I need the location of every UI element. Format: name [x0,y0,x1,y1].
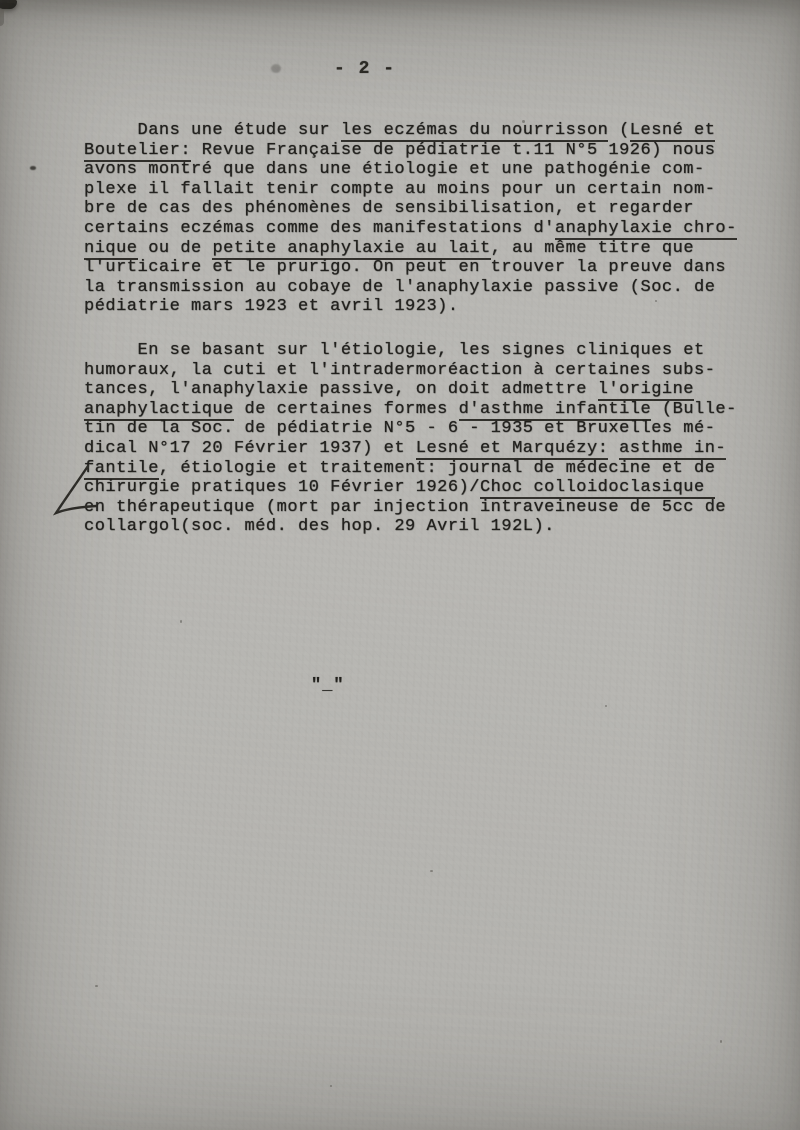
text-segment: la transmission au cobaye de l'anaphylax… [84,278,715,297]
text-segment: collargol(soc. méd. des hop. 29 Avril 19… [84,517,555,536]
text-line: l'urticaire et le prurigo. On peut en tr… [84,258,760,278]
underlined-text: Choc colloidoclasique [480,478,715,499]
text-segment: plexe il fallait tenir compte au moins p… [84,180,715,199]
text-line: en thérapeutique (mort par injection int… [84,498,760,518]
typed-quote-dash-mark: "_" [311,676,345,695]
dust-speck [95,985,98,987]
underlined-text: l'origine [598,380,694,401]
margin-ink-speck [30,166,36,170]
text-segment: en thérapeutique (mort par injection int… [84,498,726,517]
dust-speck [655,300,657,302]
dust-speck [720,1040,722,1043]
text-segment: ou de [138,239,213,258]
underlined-text: les eczémas du nourrisson [341,121,609,142]
handwritten-L-stroke [44,458,114,528]
underlined-text: petite anaphylaxie au lait [212,239,490,260]
text-line: la transmission au cobaye de l'anaphylax… [84,278,760,298]
dust-speck [330,1085,332,1087]
paragraph: En se basant sur l'étiologie, les signes… [84,341,760,537]
text-line: certains eczémas comme des manifestation… [84,219,760,239]
dust-speck [180,620,182,623]
scanned-page: - 2 - Dans une étude sur les eczémas du … [0,0,800,1130]
text-segment: Revue Française de pédiatrie t.11 N°5 19… [191,141,715,160]
text-line: anaphylactique de certaines formes d'ast… [84,400,760,420]
paragraph: Dans une étude sur les eczémas du nourri… [84,121,760,317]
text-line: pédiatrie mars 1923 et avril 1923). [84,297,760,317]
text-line: En se basant sur l'étiologie, les signes… [84,341,760,361]
dust-speck [522,120,525,123]
page-number: - 2 - [334,59,396,79]
text-line: chirurgie pratiques 10 Février 1926)/Cho… [84,478,760,498]
dust-speck [605,705,607,707]
text-line: avons montré que dans une étiologie et u… [84,160,760,180]
handwritten-L-mark [44,458,114,528]
text-segment: En se basant sur l'étiologie, les signes… [84,341,705,360]
text-line: tin de la Soc. de pédiatrie N°5 - 6 - 19… [84,419,760,439]
text-line: humoraux, la cuti et l'intradermoréactio… [84,361,760,381]
text-segment: chirurgie pratiques 10 Février 1926)/ [84,478,480,497]
typewritten-text-block: Dans une étude sur les eczémas du nourri… [84,121,760,537]
text-segment: dical N°17 20 Février 1937) et [84,439,416,458]
text-line: bre de cas des phénomènes de sensibilisa… [84,199,760,219]
dust-speck [430,870,433,872]
text-segment: pédiatrie mars 1923 et avril 1923). [84,297,459,316]
scan-edge-smudge [0,8,4,26]
text-line: Boutelier: Revue Française de pédiatrie … [84,141,760,161]
underlined-text: Lesné et Marquézy: [416,439,609,460]
text-line: collargol(soc. méd. des hop. 29 Avril 19… [84,517,760,537]
text-line: nique ou de petite anaphylaxie au lait, … [84,239,760,259]
underlined-text: d'asthme infantile [459,400,652,421]
text-segment: (Bulle- [651,400,737,419]
text-segment: certains eczémas comme des manifestation… [84,219,555,238]
text-segment: , au même titre que [491,239,694,258]
text-segment: humoraux, la cuti et l'intradermoréactio… [84,361,715,380]
paper-stain-dot [271,64,281,73]
underlined-text: Boutelier: [84,141,191,162]
text-line: Dans une étude sur les eczémas du nourri… [84,121,760,141]
text-segment: tin de la Soc. de pédiatrie N°5 - 6 - 19… [84,419,715,438]
text-segment: ( [608,121,629,140]
text-segment: , étiologie et traitement: journal de mé… [159,459,716,478]
text-segment: de certaines formes [234,400,459,419]
underlined-text: Lesné et [630,121,716,142]
text-line: plexe il fallait tenir compte au moins p… [84,180,760,200]
text-line: tances, l'anaphylaxie passive, on doit a… [84,380,760,400]
text-line: dical N°17 20 Février 1937) et Lesné et … [84,439,760,459]
text-line: fantile, étiologie et traitement: journa… [84,459,760,479]
underlined-text: anaphylactique [84,400,234,421]
text-segment: l'urticaire et le prurigo. On peut en tr… [84,258,726,277]
text-segment [608,439,619,458]
underlined-text: nique [84,239,138,260]
text-segment: Dans une étude sur [84,121,341,140]
underlined-text: anaphylaxie chro- [555,219,737,240]
text-segment: bre de cas des phénomènes de sensibilisa… [84,199,694,218]
text-segment: tances, l'anaphylaxie passive, on doit a… [84,380,598,399]
text-segment: avons montré que dans une étiologie et u… [84,160,705,179]
underlined-text: asthme in- [619,439,726,460]
scan-corner-artifact [0,0,17,9]
